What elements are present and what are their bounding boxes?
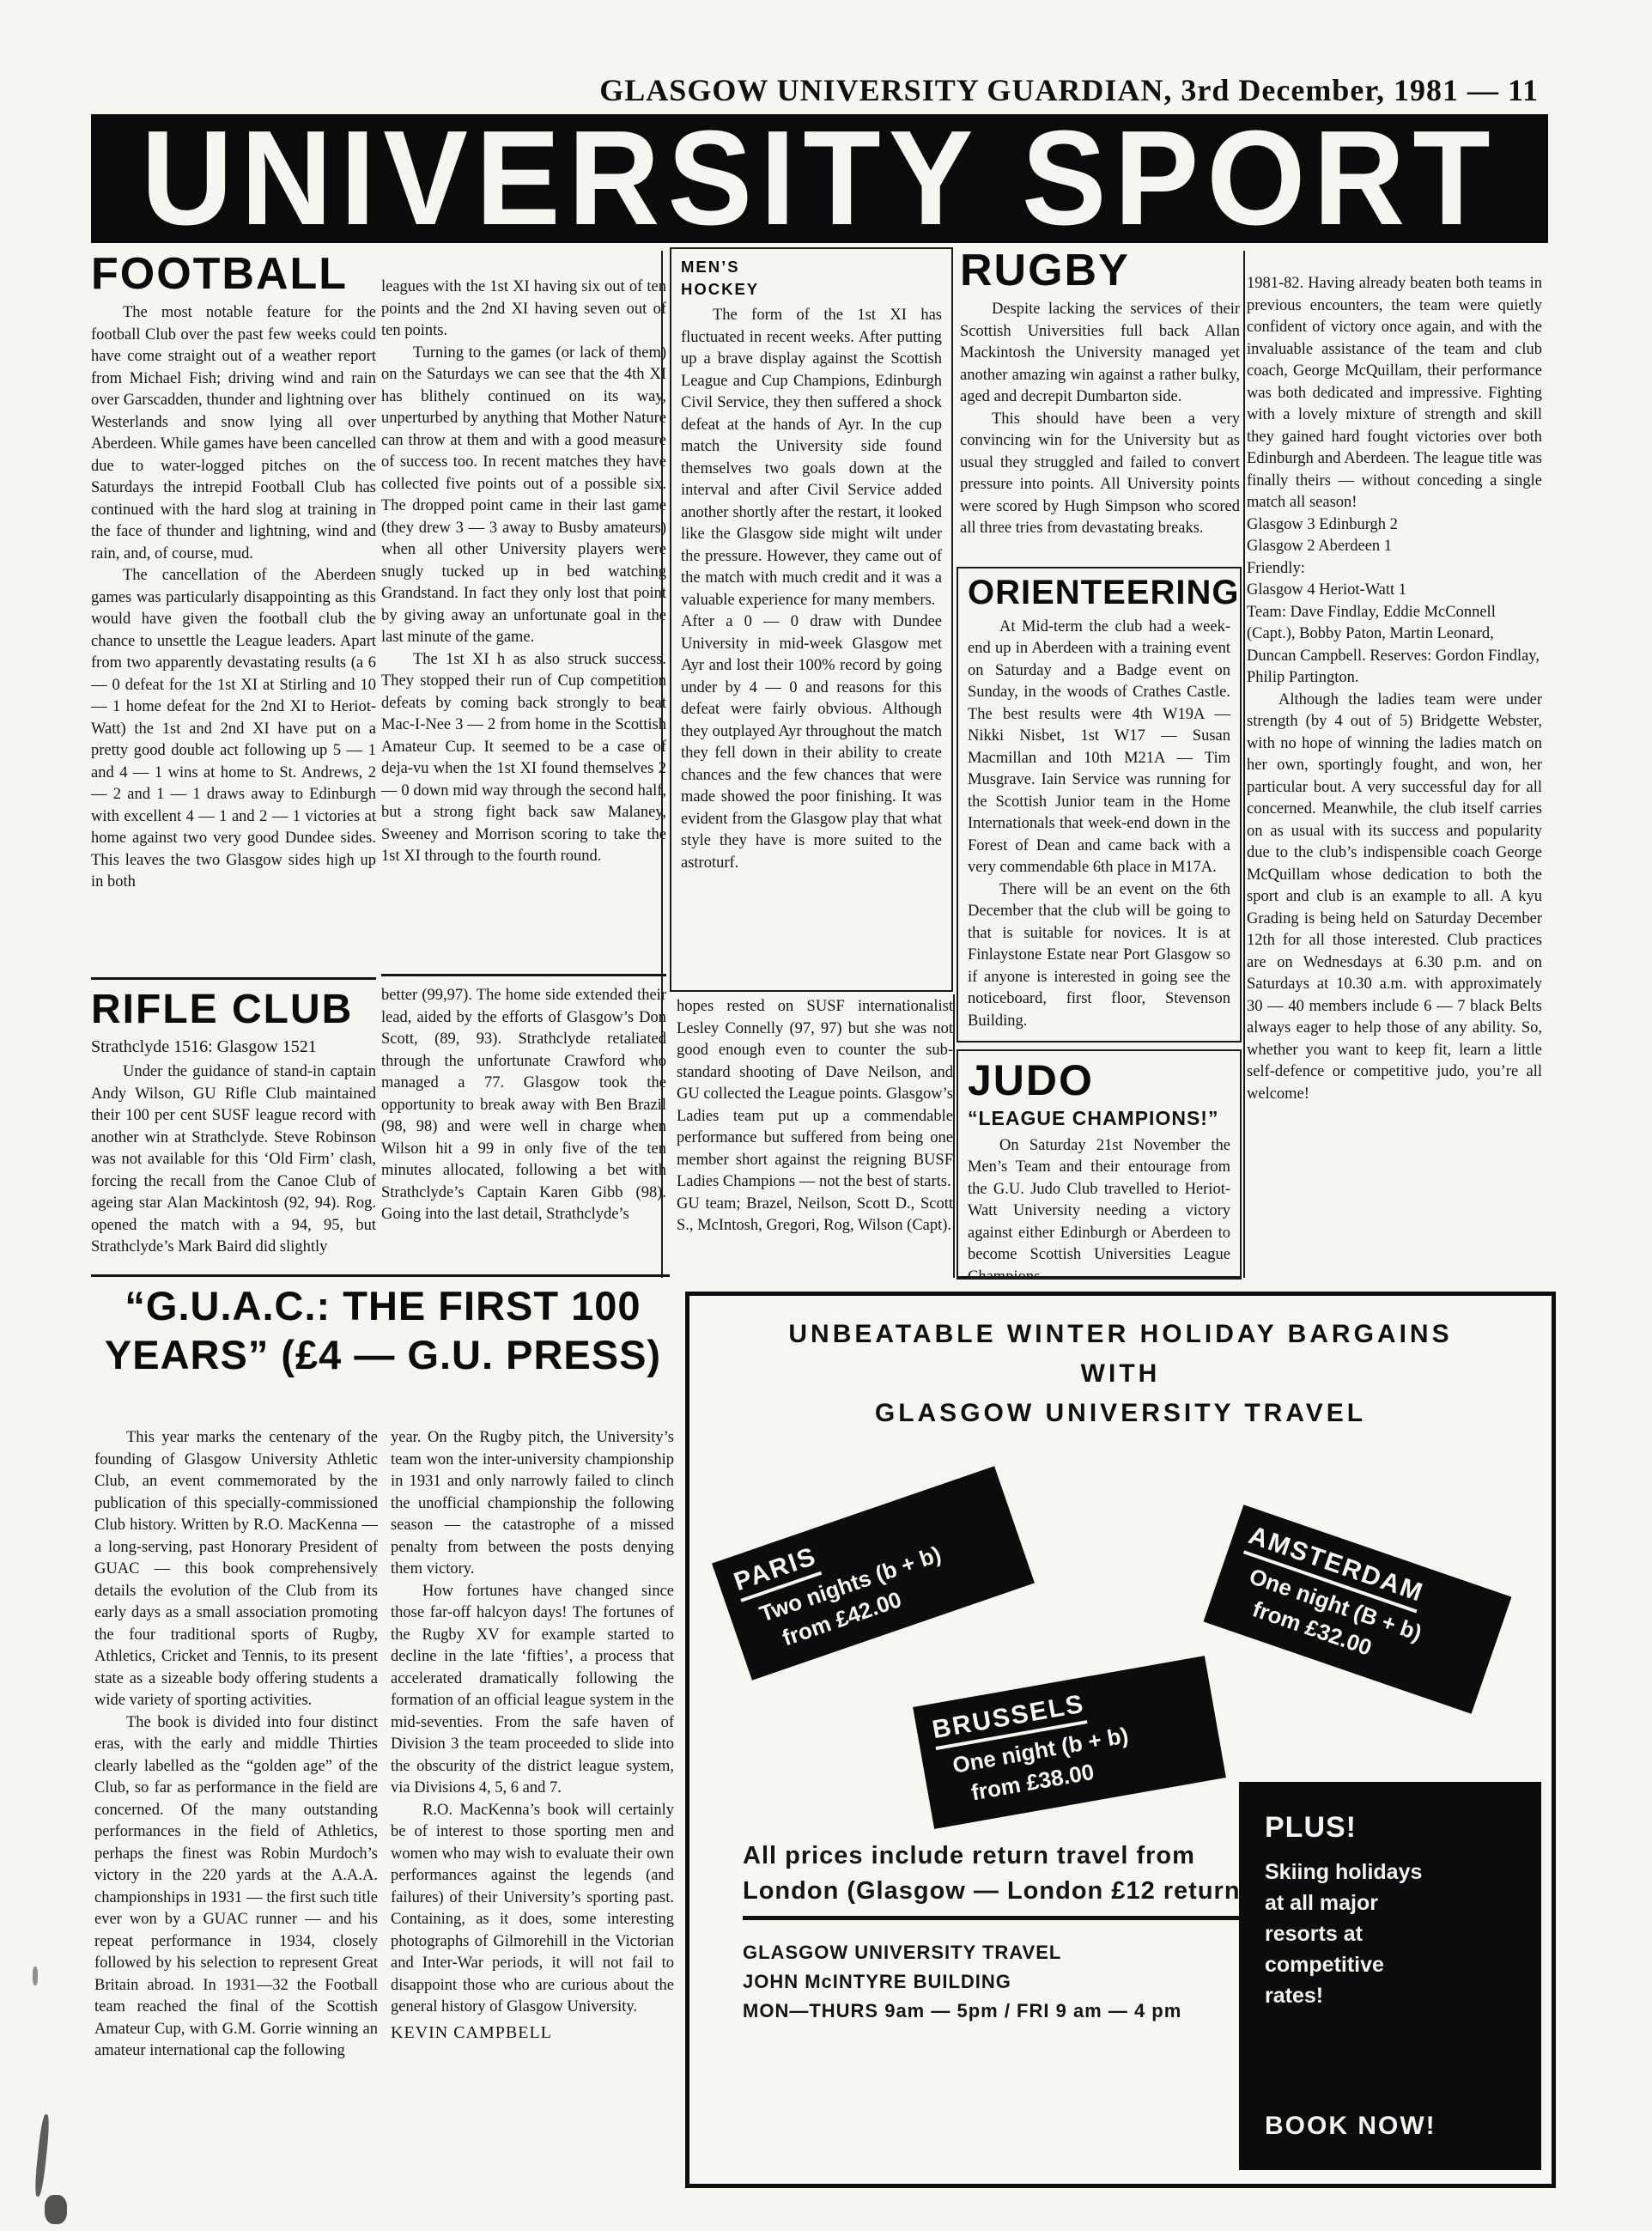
advert-tag-brussels: BRUSSELS One night (b + b) from £38.00 (913, 1656, 1226, 1829)
advert-office-details: GLASGOW UNIVERSITY TRAVELJOHN McINTYRE B… (743, 1938, 1181, 2026)
column-rule (1243, 251, 1245, 1278)
advert-plus-title: PLUS! (1265, 1811, 1515, 1845)
article-rifle-club-continued: better (99,97). The home side extended t… (381, 974, 666, 1278)
scan-artifact (33, 1967, 38, 1985)
article-guac-body-col2: year. On the Rugby pitch, the University… (391, 1427, 674, 2019)
article-football-continued: leagues with the 1st XI having six out o… (381, 251, 666, 974)
article-football-body-col2: leagues with the 1st XI having six out o… (381, 277, 666, 868)
masthead: GLASGOW UNIVERSITY GUARDIAN, 3rd Decembe… (599, 72, 1539, 108)
article-rugby-title: RUGBY (960, 247, 1240, 294)
article-judo-title: JUDO (968, 1058, 1230, 1103)
article-football-title: FOOTBALL (91, 251, 376, 297)
article-rifle-club-continued-2: hopes rested on SUSF internationalist Le… (677, 996, 953, 1278)
article-judo-lead: 1981-82. Having already beaten both team… (1247, 273, 1542, 514)
article-guac-body-col1: This year marks the centenary of the fou… (94, 1427, 378, 2063)
advert-plus-lines: Skiing holidaysat all majorresorts atcom… (1265, 1857, 1515, 2011)
scan-artifact (33, 2114, 51, 2198)
article-orienteering: ORIENTEERING At Mid-term the club had a … (957, 567, 1242, 1043)
article-guac-title: “G.U.A.C.: THE FIRST 100YEARS” (£4 — G.U… (91, 1281, 675, 1379)
judo-results-list: Glasgow 3 Edinburgh 2Glasgow 2 Aberdeen … (1247, 514, 1542, 690)
advert-plus-box: PLUS! Skiing holidaysat all majorresorts… (1239, 1782, 1541, 2170)
article-orienteering-body: At Mid-term the club had a week-end up i… (968, 617, 1230, 1033)
rifle-club-scoreline: Strathclyde 1516: Glasgow 1521 (91, 1036, 376, 1059)
section-divider (91, 1274, 670, 1277)
article-guac-col2: year. On the Rugby pitch, the University… (391, 1427, 674, 2198)
article-rifle-club-body-col2: better (99,97). The home side extended t… (381, 985, 666, 1226)
article-mens-hockey-body: The form of the 1st XI has fluctuated in… (681, 305, 942, 874)
article-guac-col1: This year marks the centenary of the fou… (94, 1427, 378, 2198)
article-judo-body-col1: On Saturday 21st November the Men’s Team… (968, 1135, 1230, 1280)
article-mens-hockey: MEN’SHOCKEY The form of the 1st XI has f… (670, 247, 953, 992)
newspaper-page: GLASGOW UNIVERSITY GUARDIAN, 3rd Decembe… (0, 0, 1652, 2231)
article-rifle-club-body-col1: Under the guidance of stand-in captain A… (91, 1061, 376, 1259)
article-orienteering-title: ORIENTEERING (968, 575, 1230, 611)
article-football-body-col1: The most notable feature for the footbal… (91, 302, 376, 894)
advert-prices: All prices include return travel fromLon… (743, 1839, 1249, 1909)
advert-tag-amsterdam: AMSTERDAM One night (B + b) from £32.00 (1204, 1505, 1512, 1714)
scan-artifact (45, 2195, 67, 2224)
article-rugby-body: Despite lacking the services of their Sc… (960, 299, 1240, 540)
article-judo-rest: Although the ladies team were under stre… (1247, 690, 1542, 1106)
advert-tag-paris: PARIS Two nights (b + b) from £42.00 (712, 1466, 1035, 1680)
section-banner: UNIVERSITY SPORT (91, 114, 1548, 243)
section-banner-title: UNIVERSITY SPORT (141, 114, 1497, 243)
advert-heading: UNBEATABLE WINTER HOLIDAY BARGAINSWITHGL… (689, 1315, 1552, 1433)
article-mens-hockey-title: MEN’SHOCKEY (681, 256, 942, 300)
article-judo: JUDO “LEAGUE CHAMPIONS!” On Saturday 21s… (957, 1049, 1242, 1280)
article-rifle-club-body-col3: hopes rested on SUSF internationalist Le… (677, 996, 953, 1237)
article-judo-subtitle: “LEAGUE CHAMPIONS!” (968, 1108, 1230, 1130)
article-judo-continued: 1981-82. Having already beaten both team… (1247, 251, 1542, 1278)
advert-book-now: BOOK NOW! (1265, 2112, 1436, 2141)
article-football: FOOTBALL The most notable feature for th… (91, 251, 376, 974)
travel-advert: UNBEATABLE WINTER HOLIDAY BARGAINSWITHGL… (685, 1292, 1556, 2188)
article-rifle-club-title: RIFLE CLUB (91, 988, 376, 1031)
article-rifle-club: RIFLE CLUB Strathclyde 1516: Glasgow 152… (91, 977, 376, 1278)
guac-byline: KEVIN CAMPBELL (391, 2022, 674, 2045)
article-rugby: RUGBY Despite lacking the services of th… (960, 247, 1240, 562)
column-rule (953, 994, 955, 1278)
